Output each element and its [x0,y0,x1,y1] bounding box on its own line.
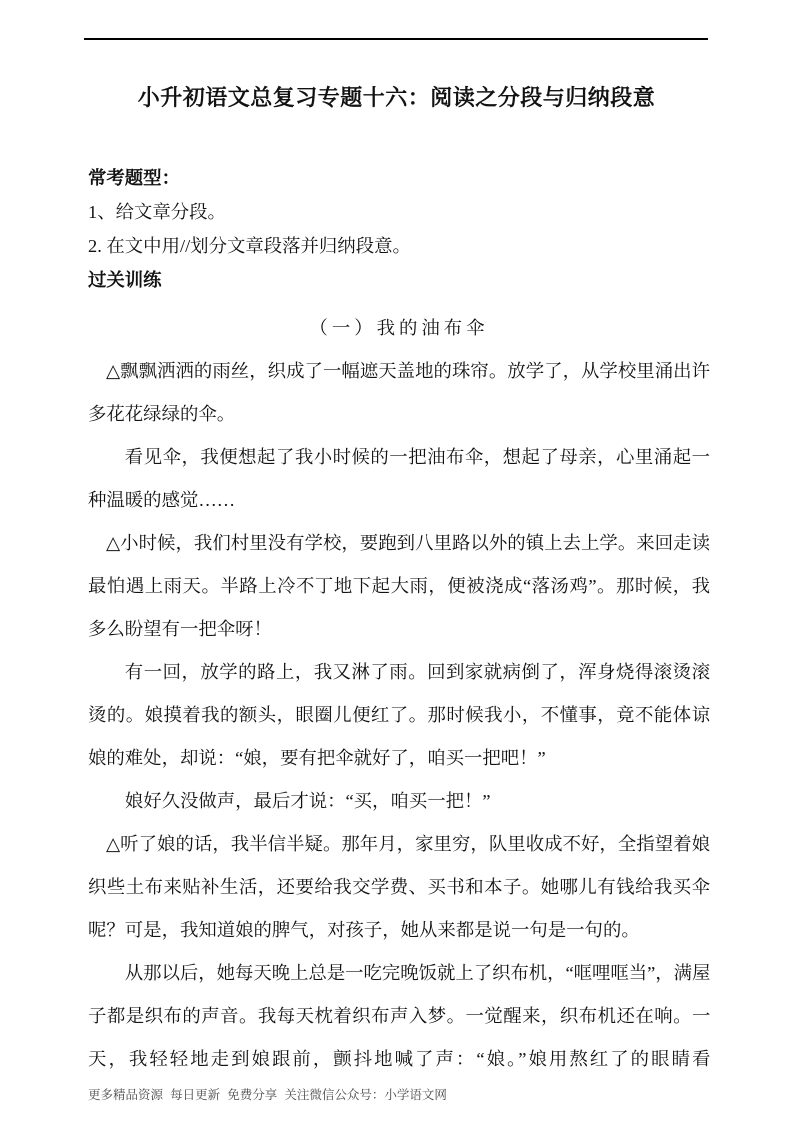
question-types-heading: 常考题型： [88,161,710,195]
document-title: 小升初语文总复习专题十六：阅读之分段与归纳段意 [0,83,793,113]
passage-paragraph-5: 娘好久没做声，最后才说：“买，咱买一把！” [88,780,710,823]
passage-section: （一）我的油布伞 △飘飘洒洒的雨丝，织成了一幅遮天盖地的珠帘。放学了，从学校里涌… [88,307,710,1081]
passage-paragraph-6: △听了娘的话，我半信半疑。那年月，家里穷，队里收成不好，全指望着娘织些土布来贴补… [88,823,710,952]
header-rule [84,38,708,40]
passage-paragraph-1: △飘飘洒洒的雨丝，织成了一幅遮天盖地的珠帘。放学了，从学校里涌出许多花花绿绿的伞… [88,350,710,436]
passage-paragraph-2: 看见伞，我便想起了我小时候的一把油布伞，想起了母亲，心里涌起一种温暖的感觉…… [88,436,710,522]
passage-paragraph-4: 有一回，放学的路上，我又淋了雨。回到家就病倒了，浑身烧得滚烫滚烫的。娘摸着我的额… [88,651,710,780]
passage-title: （一）我的油布伞 [88,307,710,350]
question-type-item-2: 2. 在文中用//划分文章段落并归纳段意。 [88,229,710,263]
question-type-item-1: 1、给文章分段。 [88,195,710,229]
passage-paragraph-3: △小时候，我们村里没有学校，要跑到八里路以外的镇上去上学。来回走读最怕遇上雨天。… [88,522,710,651]
passage-paragraph-7: 从那以后，她每天晚上总是一吃完晚饭就上了织布机，“哐哩哐当”，满屋子都是织布的声… [88,952,710,1081]
footer-note: 更多精品资源 每日更新 免费分享 关注微信公众号：小学语文网 [88,1087,710,1103]
question-types-section: 常考题型： 1、给文章分段。 2. 在文中用//划分文章段落并归纳段意。 过关训… [88,161,710,297]
practice-heading: 过关训练 [88,263,710,297]
document-page: 小升初语文总复习专题十六：阅读之分段与归纳段意 常考题型： 1、给文章分段。 2… [0,0,793,1122]
